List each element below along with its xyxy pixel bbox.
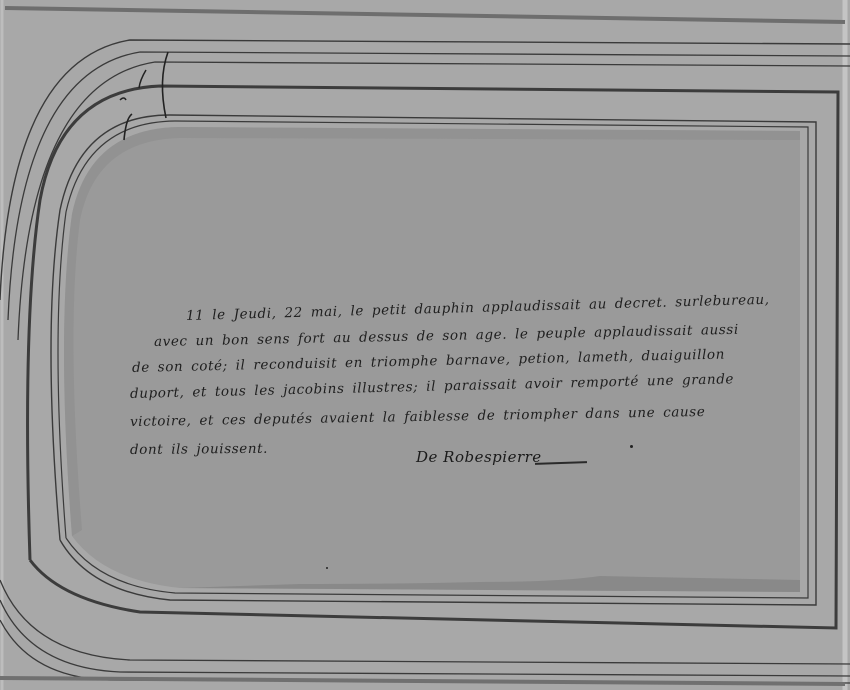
ink-dot [326, 567, 328, 569]
ink-dot [630, 445, 633, 448]
ornamental-border [0, 0, 850, 690]
signature: De Robespierre [416, 448, 542, 466]
text-line-6: dont ils jouissent. [130, 441, 268, 458]
manuscript-page: ſ ſ 11 le Jeudi, 22 mai, le petit dauphi… [0, 0, 850, 690]
